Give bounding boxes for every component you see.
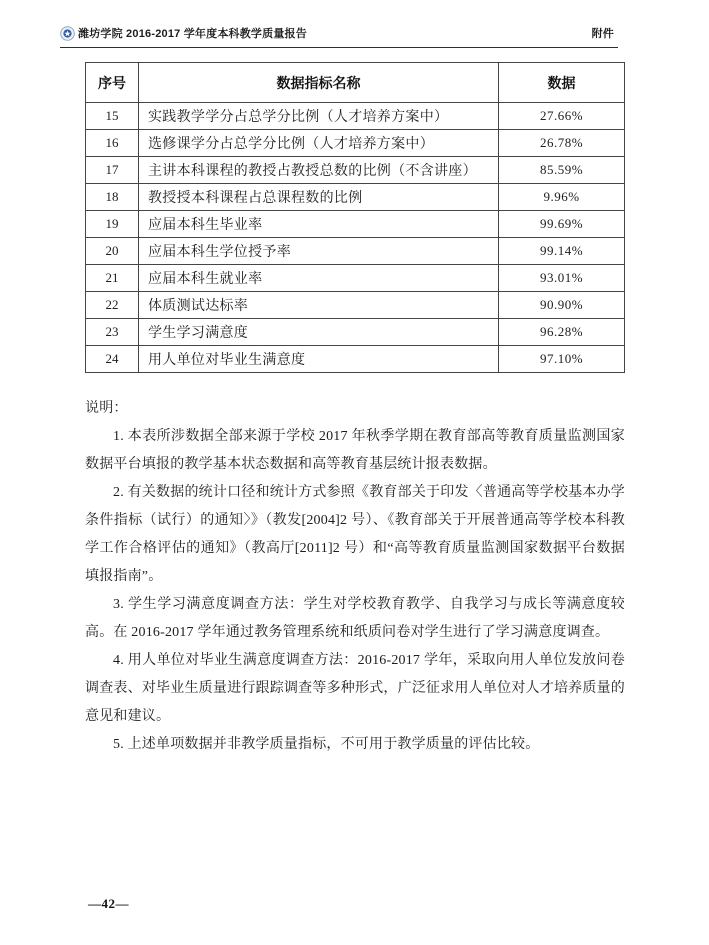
- table-row: 18 教授授本科课程占总课程数的比例 9.96%: [86, 184, 625, 211]
- table-row: 17 主讲本科课程的教授占教授总数的比例（不含讲座） 85.59%: [86, 157, 625, 184]
- row-no: 15: [86, 103, 139, 130]
- row-name: 选修课学分占总学分比例（人才培养方案中）: [139, 130, 499, 157]
- row-value: 85.59%: [499, 157, 625, 184]
- row-no: 16: [86, 130, 139, 157]
- row-value: 96.28%: [499, 319, 625, 346]
- notes-section: 说明： 1. 本表所涉数据全部来源于学校 2017 年秋季学期在教育部高等教育质…: [85, 395, 625, 759]
- row-no: 19: [86, 211, 139, 238]
- row-value: 99.69%: [499, 211, 625, 238]
- note-item-5: 5. 上述单项数据并非教学质量指标，不可用于教学质量的评估比较。: [85, 731, 625, 759]
- notes-label: 说明：: [85, 395, 625, 423]
- note-item-4: 4. 用人单位对毕业生满意度调查方法：2016-2017 学年，采取向用人单位发…: [85, 647, 625, 731]
- row-name: 应届本科生就业率: [139, 265, 499, 292]
- table-row: 24 用人单位对毕业生满意度 97.10%: [86, 346, 625, 373]
- row-value: 99.14%: [499, 238, 625, 265]
- row-name: 用人单位对毕业生满意度: [139, 346, 499, 373]
- document-page: 潍坊学院 2016-2017 学年度本科教学质量报告 附件 序号 数据指标名称 …: [0, 0, 709, 945]
- report-title: 潍坊学院 2016-2017 学年度本科教学质量报告: [78, 25, 307, 41]
- table-row: 22 体质测试达标率 90.90%: [86, 292, 625, 319]
- table-row: 19 应届本科生毕业率 99.69%: [86, 211, 625, 238]
- row-value: 93.01%: [499, 265, 625, 292]
- row-name: 应届本科生毕业率: [139, 211, 499, 238]
- row-value: 90.90%: [499, 292, 625, 319]
- attachment-label: 附件: [592, 25, 618, 41]
- university-seal-icon: [60, 26, 75, 41]
- row-no: 22: [86, 292, 139, 319]
- indicator-table: 序号 数据指标名称 数据 15 实践教学学分占总学分比例（人才培养方案中） 27…: [85, 62, 625, 373]
- col-header-no: 序号: [86, 63, 139, 103]
- row-no: 17: [86, 157, 139, 184]
- row-value: 27.66%: [499, 103, 625, 130]
- header-left: 潍坊学院 2016-2017 学年度本科教学质量报告: [60, 25, 307, 41]
- table-row: 15 实践教学学分占总学分比例（人才培养方案中） 27.66%: [86, 103, 625, 130]
- table-row: 21 应届本科生就业率 93.01%: [86, 265, 625, 292]
- row-no: 23: [86, 319, 139, 346]
- col-header-value: 数据: [499, 63, 625, 103]
- row-value: 26.78%: [499, 130, 625, 157]
- row-no: 18: [86, 184, 139, 211]
- row-name: 教授授本科课程占总课程数的比例: [139, 184, 499, 211]
- col-header-name: 数据指标名称: [139, 63, 499, 103]
- row-name: 实践教学学分占总学分比例（人才培养方案中）: [139, 103, 499, 130]
- note-item-3: 3. 学生学习满意度调查方法：学生对学校教育教学、自我学习与成长等满意度较高。在…: [85, 591, 625, 647]
- table-row: 20 应届本科生学位授予率 99.14%: [86, 238, 625, 265]
- row-no: 21: [86, 265, 139, 292]
- page-number: —42—: [88, 896, 129, 912]
- row-value: 9.96%: [499, 184, 625, 211]
- row-name: 应届本科生学位授予率: [139, 238, 499, 265]
- row-name: 体质测试达标率: [139, 292, 499, 319]
- table-header-row: 序号 数据指标名称 数据: [86, 63, 625, 103]
- table-row: 23 学生学习满意度 96.28%: [86, 319, 625, 346]
- table-row: 16 选修课学分占总学分比例（人才培养方案中） 26.78%: [86, 130, 625, 157]
- note-item-2: 2. 有关数据的统计口径和统计方式参照《教育部关于印发〈普通高等学校基本办学条件…: [85, 479, 625, 591]
- row-no: 24: [86, 346, 139, 373]
- row-name: 学生学习满意度: [139, 319, 499, 346]
- running-header: 潍坊学院 2016-2017 学年度本科教学质量报告 附件: [60, 22, 618, 48]
- row-value: 97.10%: [499, 346, 625, 373]
- row-name: 主讲本科课程的教授占教授总数的比例（不含讲座）: [139, 157, 499, 184]
- note-item-1: 1. 本表所涉数据全部来源于学校 2017 年秋季学期在教育部高等教育质量监测国…: [85, 423, 625, 479]
- row-no: 20: [86, 238, 139, 265]
